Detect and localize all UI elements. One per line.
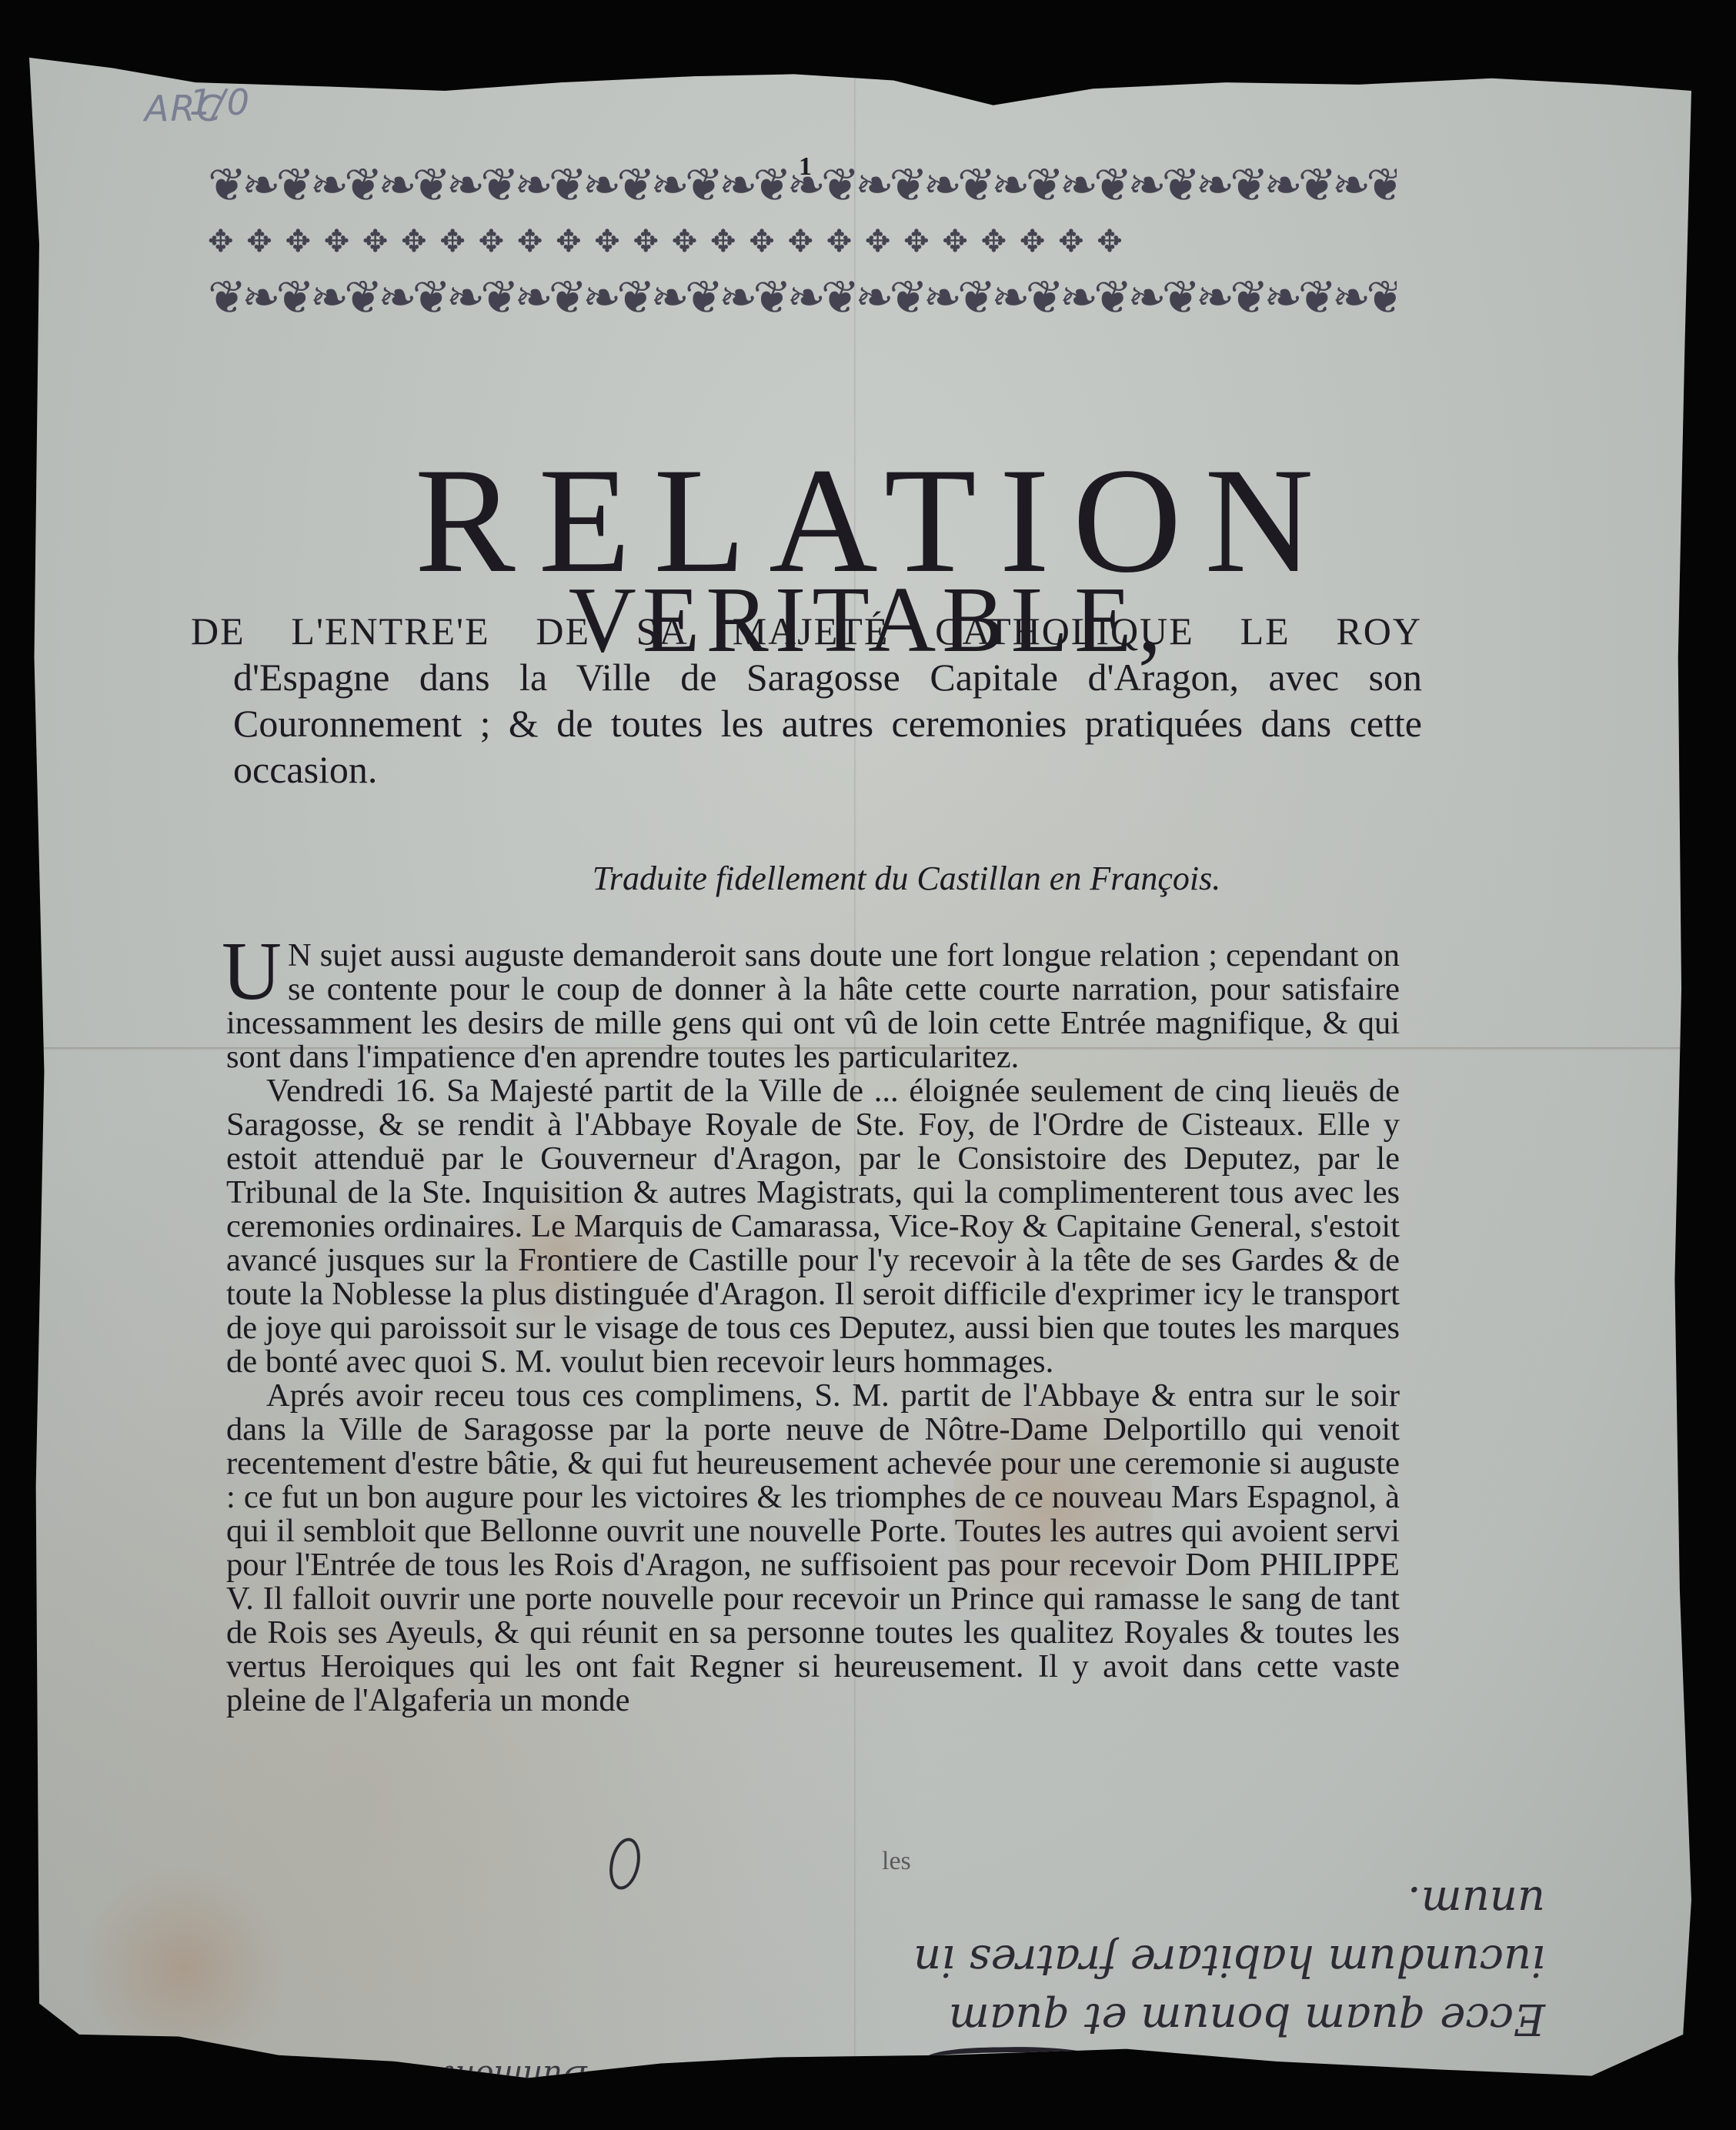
body-paragraph: UN sujet aussi auguste demanderoit sans … [226,939,1400,1074]
document-subtitle: DE L'ENTRE'E DE SA MAJETÉ CATHOLIQUE LE … [191,608,1422,793]
document-page: ARC 1/0 1 ❦❧❦❧❦❧❦❧❦❧❦❧❦❧❦❧❦❧❦❧❦❧❦❧❦❧❦❧❦❧… [29,37,1691,2107]
foxing-stain [75,1868,291,2068]
subtitle-caps-line: DE L'ENTRE'E DE SA MAJETÉ CATHOLIQUE LE … [191,608,1422,654]
subtitle-rest: d'Espagne dans la Ville de Saragosse Cap… [191,654,1422,793]
crossed-out-signature [926,2045,1103,2076]
drop-cap: U [222,940,282,1003]
handwritten-psalm-upside-down: Ecce quam bonum et quam iucundum habitar… [899,1872,1545,2048]
archive-mark-right: 1/0 [189,82,251,123]
translation-note: Traduite fidellement du Castillan en Fra… [29,859,1691,898]
document-body: UN sujet aussi auguste demanderoit sans … [226,939,1400,1718]
ornament-row: ✥ ✥ ✥ ✥ ✥ ✥ ✥ ✥ ✥ ✥ ✥ ✥ ✥ ✥ ✥ ✥ ✥ ✥ ✥ ✥ … [208,222,1397,262]
ornament-row: ❦❧❦❧❦❧❦❧❦❧❦❧❦❧❦❧❦❧❦❧❦❧❦❧❦❧❦❧❦❧❦❧❦❧❦❧ [208,268,1397,328]
handwritten-address-upside-down: monsieur monsieur Dunmont ... [233,2059,587,2127]
ornamental-header-band: ❦❧❦❧❦❧❦❧❦❧❦❧❦❧❦❧❦❧❦❧❦❧❦❧❦❧❦❧❦❧❦❧❦❧❦❧ ✥ ✥… [208,155,1397,328]
body-paragraph: Aprés avoir receu tous ces complimens, S… [226,1379,1400,1718]
paragraph-text: N sujet aussi auguste demanderoit sans d… [226,937,1400,1075]
body-paragraph: Vendredi 16. Sa Majesté partit de la Vil… [226,1074,1400,1379]
ornament-row: ❦❧❦❧❦❧❦❧❦❧❦❧❦❧❦❧❦❧❦❧❦❧❦❧❦❧❦❧❦❧❦❧❦❧❦❧ [208,155,1397,215]
ink-loop-mark [605,1835,644,1892]
